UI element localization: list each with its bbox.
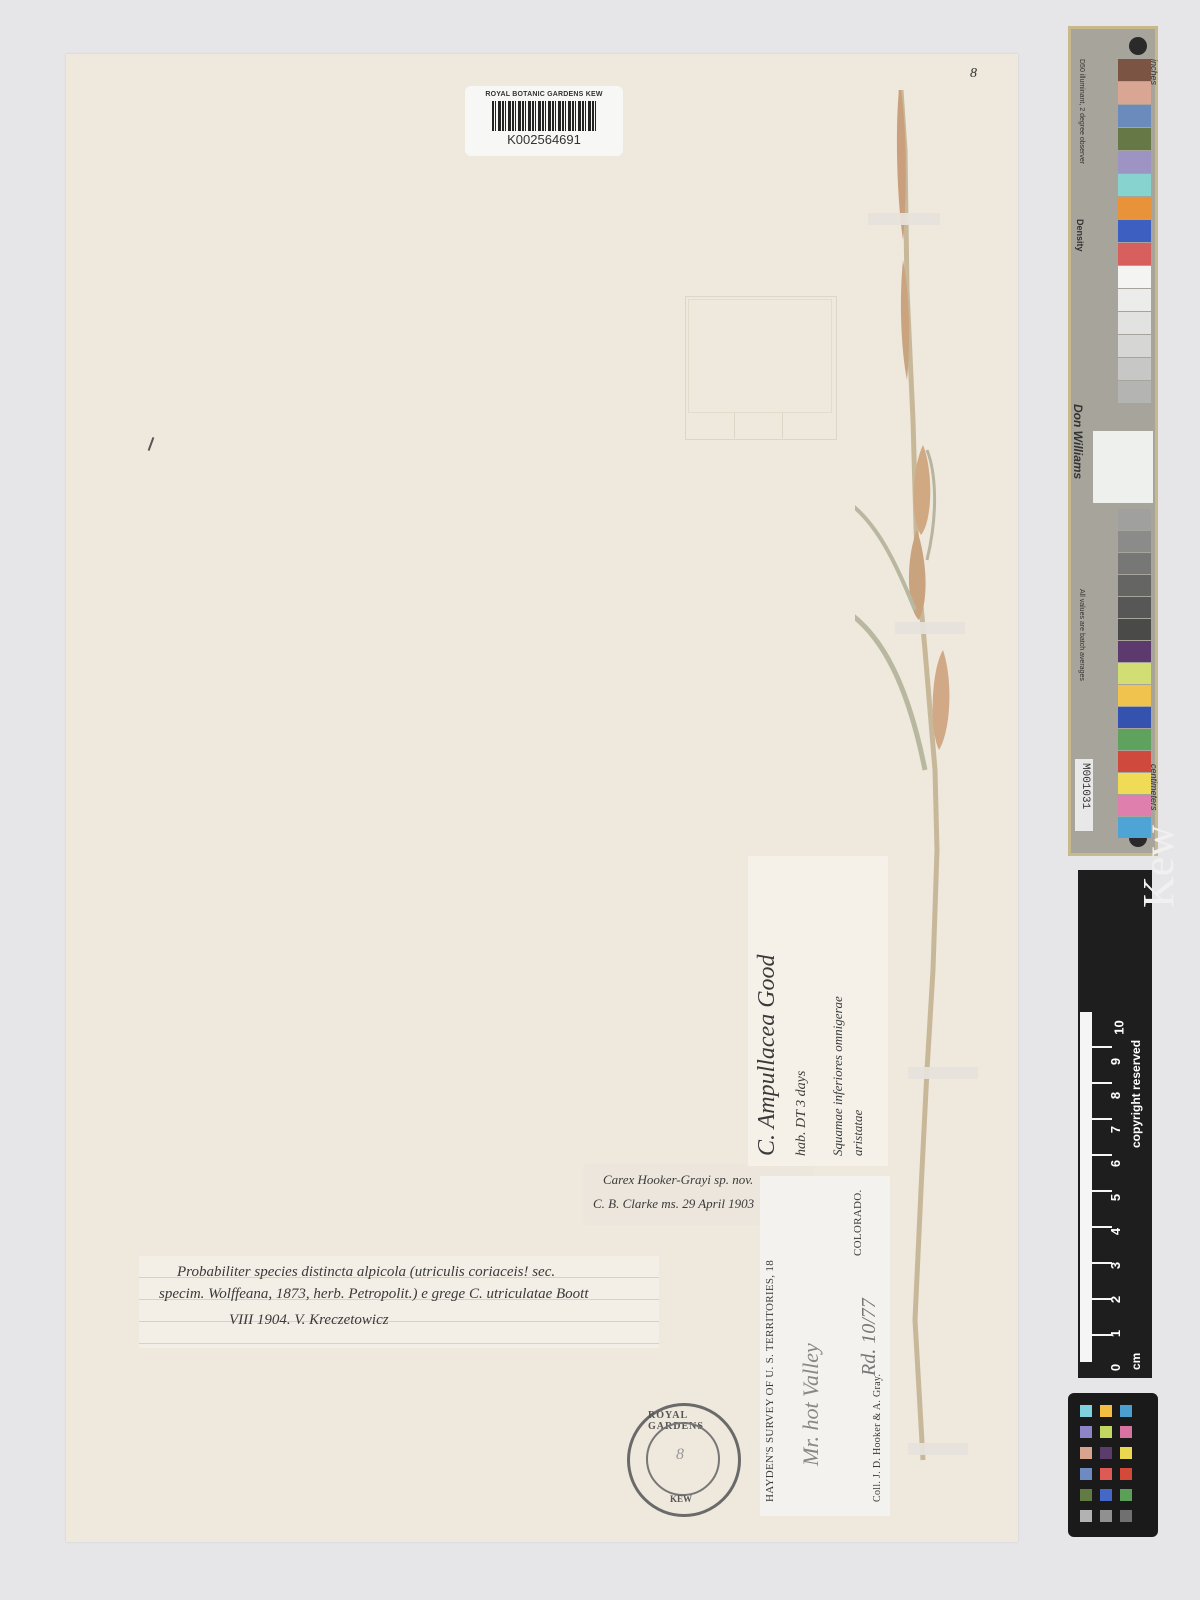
clarke-line: C. B. Clarke ms. 29 April 1903	[593, 1196, 754, 1212]
color-patch	[1118, 685, 1151, 706]
batch-note: All values are batch averages	[1078, 589, 1085, 681]
hayden-locality: Mr. hot Valley	[798, 1343, 824, 1466]
hayden-header: HAYDEN'S SURVEY OF U. S. TERRITORIES, 18	[764, 1260, 776, 1502]
checker-patch	[1100, 1468, 1112, 1480]
checker-patch	[1120, 1447, 1132, 1459]
color-patch	[1118, 289, 1151, 311]
checker-patch	[1100, 1489, 1112, 1501]
color-patch	[1118, 243, 1151, 265]
color-patch	[1118, 663, 1151, 684]
color-patch	[1118, 220, 1151, 242]
color-patch	[1118, 335, 1151, 357]
scale-number: 8	[1108, 1092, 1123, 1099]
checker-patch	[1080, 1447, 1092, 1459]
kew-logo: Kew	[1133, 825, 1184, 908]
institution-name: ROYAL BOTANIC GARDENS KEW	[465, 91, 623, 98]
checker-patch	[1120, 1489, 1132, 1501]
checker-patch	[1120, 1510, 1132, 1522]
color-patch	[1118, 82, 1151, 104]
mounting-tape	[908, 1443, 968, 1455]
hayden-number: Rd. 10/77	[858, 1298, 881, 1376]
ruler-id: M001031	[1079, 763, 1091, 809]
color-patch	[1118, 128, 1151, 150]
color-patch	[1118, 553, 1151, 574]
kew-scale-bar: Kew copyright reserved cm 012345678910	[1078, 870, 1152, 1378]
color-patch	[1118, 619, 1151, 640]
color-patch	[1118, 751, 1151, 772]
scale-number: 10	[1112, 1020, 1127, 1034]
checker-patch	[1080, 1510, 1092, 1522]
ruler-hole	[1129, 37, 1147, 55]
barcode-label: ROYAL BOTANIC GARDENS KEW K002564691	[465, 86, 623, 156]
scale-number: 9	[1108, 1058, 1123, 1065]
color-patch	[1118, 358, 1151, 380]
det-line: VIII 1904. V. Kreczetowicz	[229, 1312, 389, 1329]
amp-line: aristatae	[850, 1110, 866, 1156]
color-patch	[1118, 509, 1151, 530]
checker-patch	[1080, 1468, 1092, 1480]
barcode-number: K002564691	[465, 132, 623, 147]
scale-number: 2	[1108, 1296, 1123, 1303]
det-line: Probabiliter species distincta alpicola …	[177, 1264, 555, 1281]
mounting-tape	[868, 213, 940, 225]
checker-patch	[1100, 1405, 1112, 1417]
det-line: specim. Wolffeana, 1873, herb. Petropoli…	[159, 1286, 589, 1303]
color-calibration-ruler: D50 illuminant, 2 degree observer Densit…	[1068, 26, 1158, 856]
amp-line: Squamae inferiores omnigerae	[830, 996, 846, 1156]
clarke-line: Carex Hooker-Grayi sp. nov.	[603, 1172, 753, 1188]
color-patch	[1118, 773, 1151, 794]
stamp-bottom-text: KEW	[670, 1494, 692, 1504]
color-patch	[1118, 597, 1151, 618]
color-checker	[1068, 1393, 1158, 1537]
ampullacea-label: C. Ampullacea Good hab. DT 3 days Squama…	[748, 856, 888, 1166]
scale-number: 3	[1108, 1262, 1123, 1269]
checker-patch	[1100, 1510, 1112, 1522]
color-patch	[1118, 575, 1151, 596]
stamp-number: 8	[676, 1446, 684, 1464]
corner-mark: 8	[970, 66, 977, 82]
target-chart	[1093, 431, 1153, 503]
color-patch	[1118, 641, 1151, 662]
color-patch	[1118, 381, 1151, 403]
brand-text: Don Williams	[1071, 404, 1085, 479]
checker-patch	[1100, 1426, 1112, 1438]
scale-number: 0	[1108, 1364, 1123, 1371]
mounting-tape	[895, 622, 965, 634]
hayden-state: COLORADO.	[852, 1189, 864, 1256]
checker-patch	[1120, 1405, 1132, 1417]
royal-gardens-stamp: ROYAL GARDENS 8 KEW	[627, 1403, 741, 1517]
hayden-survey-label: HAYDEN'S SURVEY OF U. S. TERRITORIES, 18…	[760, 1176, 890, 1516]
color-patch	[1118, 795, 1151, 816]
packet-fold	[734, 412, 735, 438]
color-patch	[1118, 266, 1151, 288]
scale-number: 7	[1108, 1126, 1123, 1133]
color-patch	[1118, 59, 1151, 81]
amp-line: hab. DT 3 days	[794, 1071, 810, 1156]
color-patch	[1118, 312, 1151, 334]
color-patch	[1118, 174, 1151, 196]
checker-patch	[1080, 1426, 1092, 1438]
barcode-icon	[492, 101, 597, 131]
color-patch	[1118, 197, 1151, 219]
amp-line: C. Ampullacea Good	[754, 954, 781, 1156]
ruler-id-box: M001031	[1075, 759, 1093, 831]
checker-patch	[1100, 1447, 1112, 1459]
checker-patch	[1080, 1405, 1092, 1417]
scale-number: 6	[1108, 1160, 1123, 1167]
scale-numbers: 012345678910	[1112, 1010, 1132, 1360]
color-patch	[1118, 105, 1151, 127]
color-patch	[1118, 151, 1151, 173]
scale-number: 1	[1108, 1330, 1123, 1337]
density-label: Density	[1075, 219, 1085, 252]
determination-label: Probabiliter species distincta alpicola …	[139, 1256, 659, 1348]
scale-number: 5	[1108, 1194, 1123, 1201]
hayden-collector: Coll. J. D. Hooker & A. Gray.	[872, 1374, 883, 1502]
fragment-packet	[685, 296, 837, 440]
mounting-tape	[908, 1067, 978, 1079]
color-patch	[1118, 729, 1151, 750]
packet-fold	[782, 412, 783, 438]
checker-patch	[1120, 1426, 1132, 1438]
illuminant-text: D50 illuminant, 2 degree observer	[1078, 59, 1085, 164]
packet-flap	[688, 299, 832, 413]
color-patch	[1118, 707, 1151, 728]
color-patch	[1118, 531, 1151, 552]
scale-number: 4	[1108, 1228, 1123, 1235]
checker-patch	[1120, 1468, 1132, 1480]
checker-patch	[1080, 1489, 1092, 1501]
